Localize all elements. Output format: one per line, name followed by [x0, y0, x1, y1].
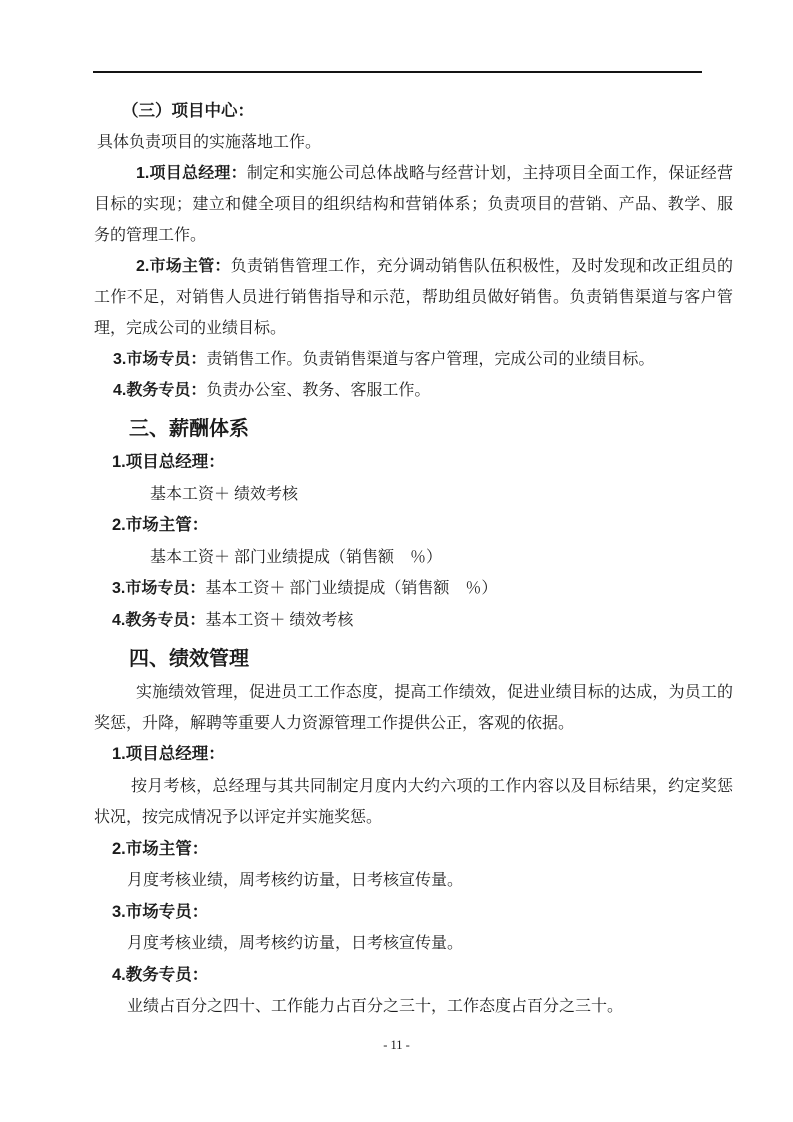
performance-item-label: 1.项目总经理： — [94, 739, 733, 771]
page-content: （三）项目中心： 具体负责项目的实施落地工作。 1.项目总经理：制定和实施公司总… — [94, 0, 733, 1023]
compensation-item-label: 4.教务专员： — [112, 612, 205, 629]
role-label: 1.项目总经理： — [136, 165, 247, 182]
section-heading-performance: 四、绩效管理 — [94, 641, 733, 677]
performance-item-label: 4.教务专员： — [94, 960, 733, 992]
performance-item-detail: 月度考核业绩，周考核约访量，日考核宣传量。 — [94, 928, 733, 960]
compensation-item-detail: 基本工资＋ 部门业绩提成（销售额 ％） — [94, 542, 733, 574]
role-label: 2.市场主管： — [136, 258, 231, 275]
compensation-item-detail: 基本工资＋ 绩效考核 — [205, 612, 353, 629]
performance-item-detail: 月度考核业绩，周考核约访量，日考核宣传量。 — [94, 865, 733, 897]
compensation-item: 4.教务专员：基本工资＋ 绩效考核 — [94, 605, 733, 637]
section-heading-compensation: 三、薪酬体系 — [94, 411, 733, 447]
performance-item-detail: 按月考核，总经理与其共同制定月度内大约六项的工作内容以及目标结果，约定奖惩状况，… — [94, 771, 733, 834]
compensation-item-label: 1.项目总经理： — [94, 447, 733, 479]
role-label: 4.教务专员： — [113, 382, 206, 399]
role-paragraph: 2.市场主管：负责销售管理工作，充分调动销售队伍积极性，及时发现和改正组员的工作… — [94, 251, 733, 344]
role-paragraph: 4.教务专员：负责办公室、教务、客服工作。 — [94, 375, 733, 406]
project-center-intro: 具体负责项目的实施落地工作。 — [94, 127, 733, 158]
compensation-item-detail: 基本工资＋ 绩效考核 — [94, 479, 733, 511]
role-text: 负责办公室、教务、客服工作。 — [206, 382, 430, 399]
compensation-item: 3.市场专员：基本工资＋ 部门业绩提成（销售额 ％） — [94, 573, 733, 605]
performance-intro: 实施绩效管理，促进员工工作态度，提高工作绩效，促进业绩目标的达成，为员工的奖惩，… — [94, 677, 733, 739]
document-page: （三）项目中心： 具体负责项目的实施落地工作。 1.项目总经理：制定和实施公司总… — [0, 0, 793, 1122]
page-number: - 11 - — [0, 1036, 793, 1054]
performance-item-label: 2.市场主管： — [94, 834, 733, 866]
compensation-item-label: 2.市场主管： — [94, 510, 733, 542]
compensation-item-label: 3.市场专员： — [112, 580, 205, 597]
role-text: 责销售工作。负责销售渠道与客户管理，完成公司的业绩目标。 — [206, 351, 654, 368]
performance-item-label: 3.市场专员： — [94, 897, 733, 929]
performance-item-detail: 业绩占百分之四十、工作能力占百分之三十，工作态度占百分之三十。 — [94, 991, 733, 1023]
role-label: 3.市场专员： — [113, 351, 206, 368]
subsection-heading-project-center: （三）项目中心： — [94, 96, 733, 127]
role-paragraph: 1.项目总经理：制定和实施公司总体战略与经营计划，主持项目全面工作，保证经营目标… — [94, 158, 733, 251]
compensation-item-detail: 基本工资＋ 部门业绩提成（销售额 ％） — [205, 580, 497, 597]
role-paragraph: 3.市场专员：责销售工作。负责销售渠道与客户管理，完成公司的业绩目标。 — [94, 344, 733, 375]
